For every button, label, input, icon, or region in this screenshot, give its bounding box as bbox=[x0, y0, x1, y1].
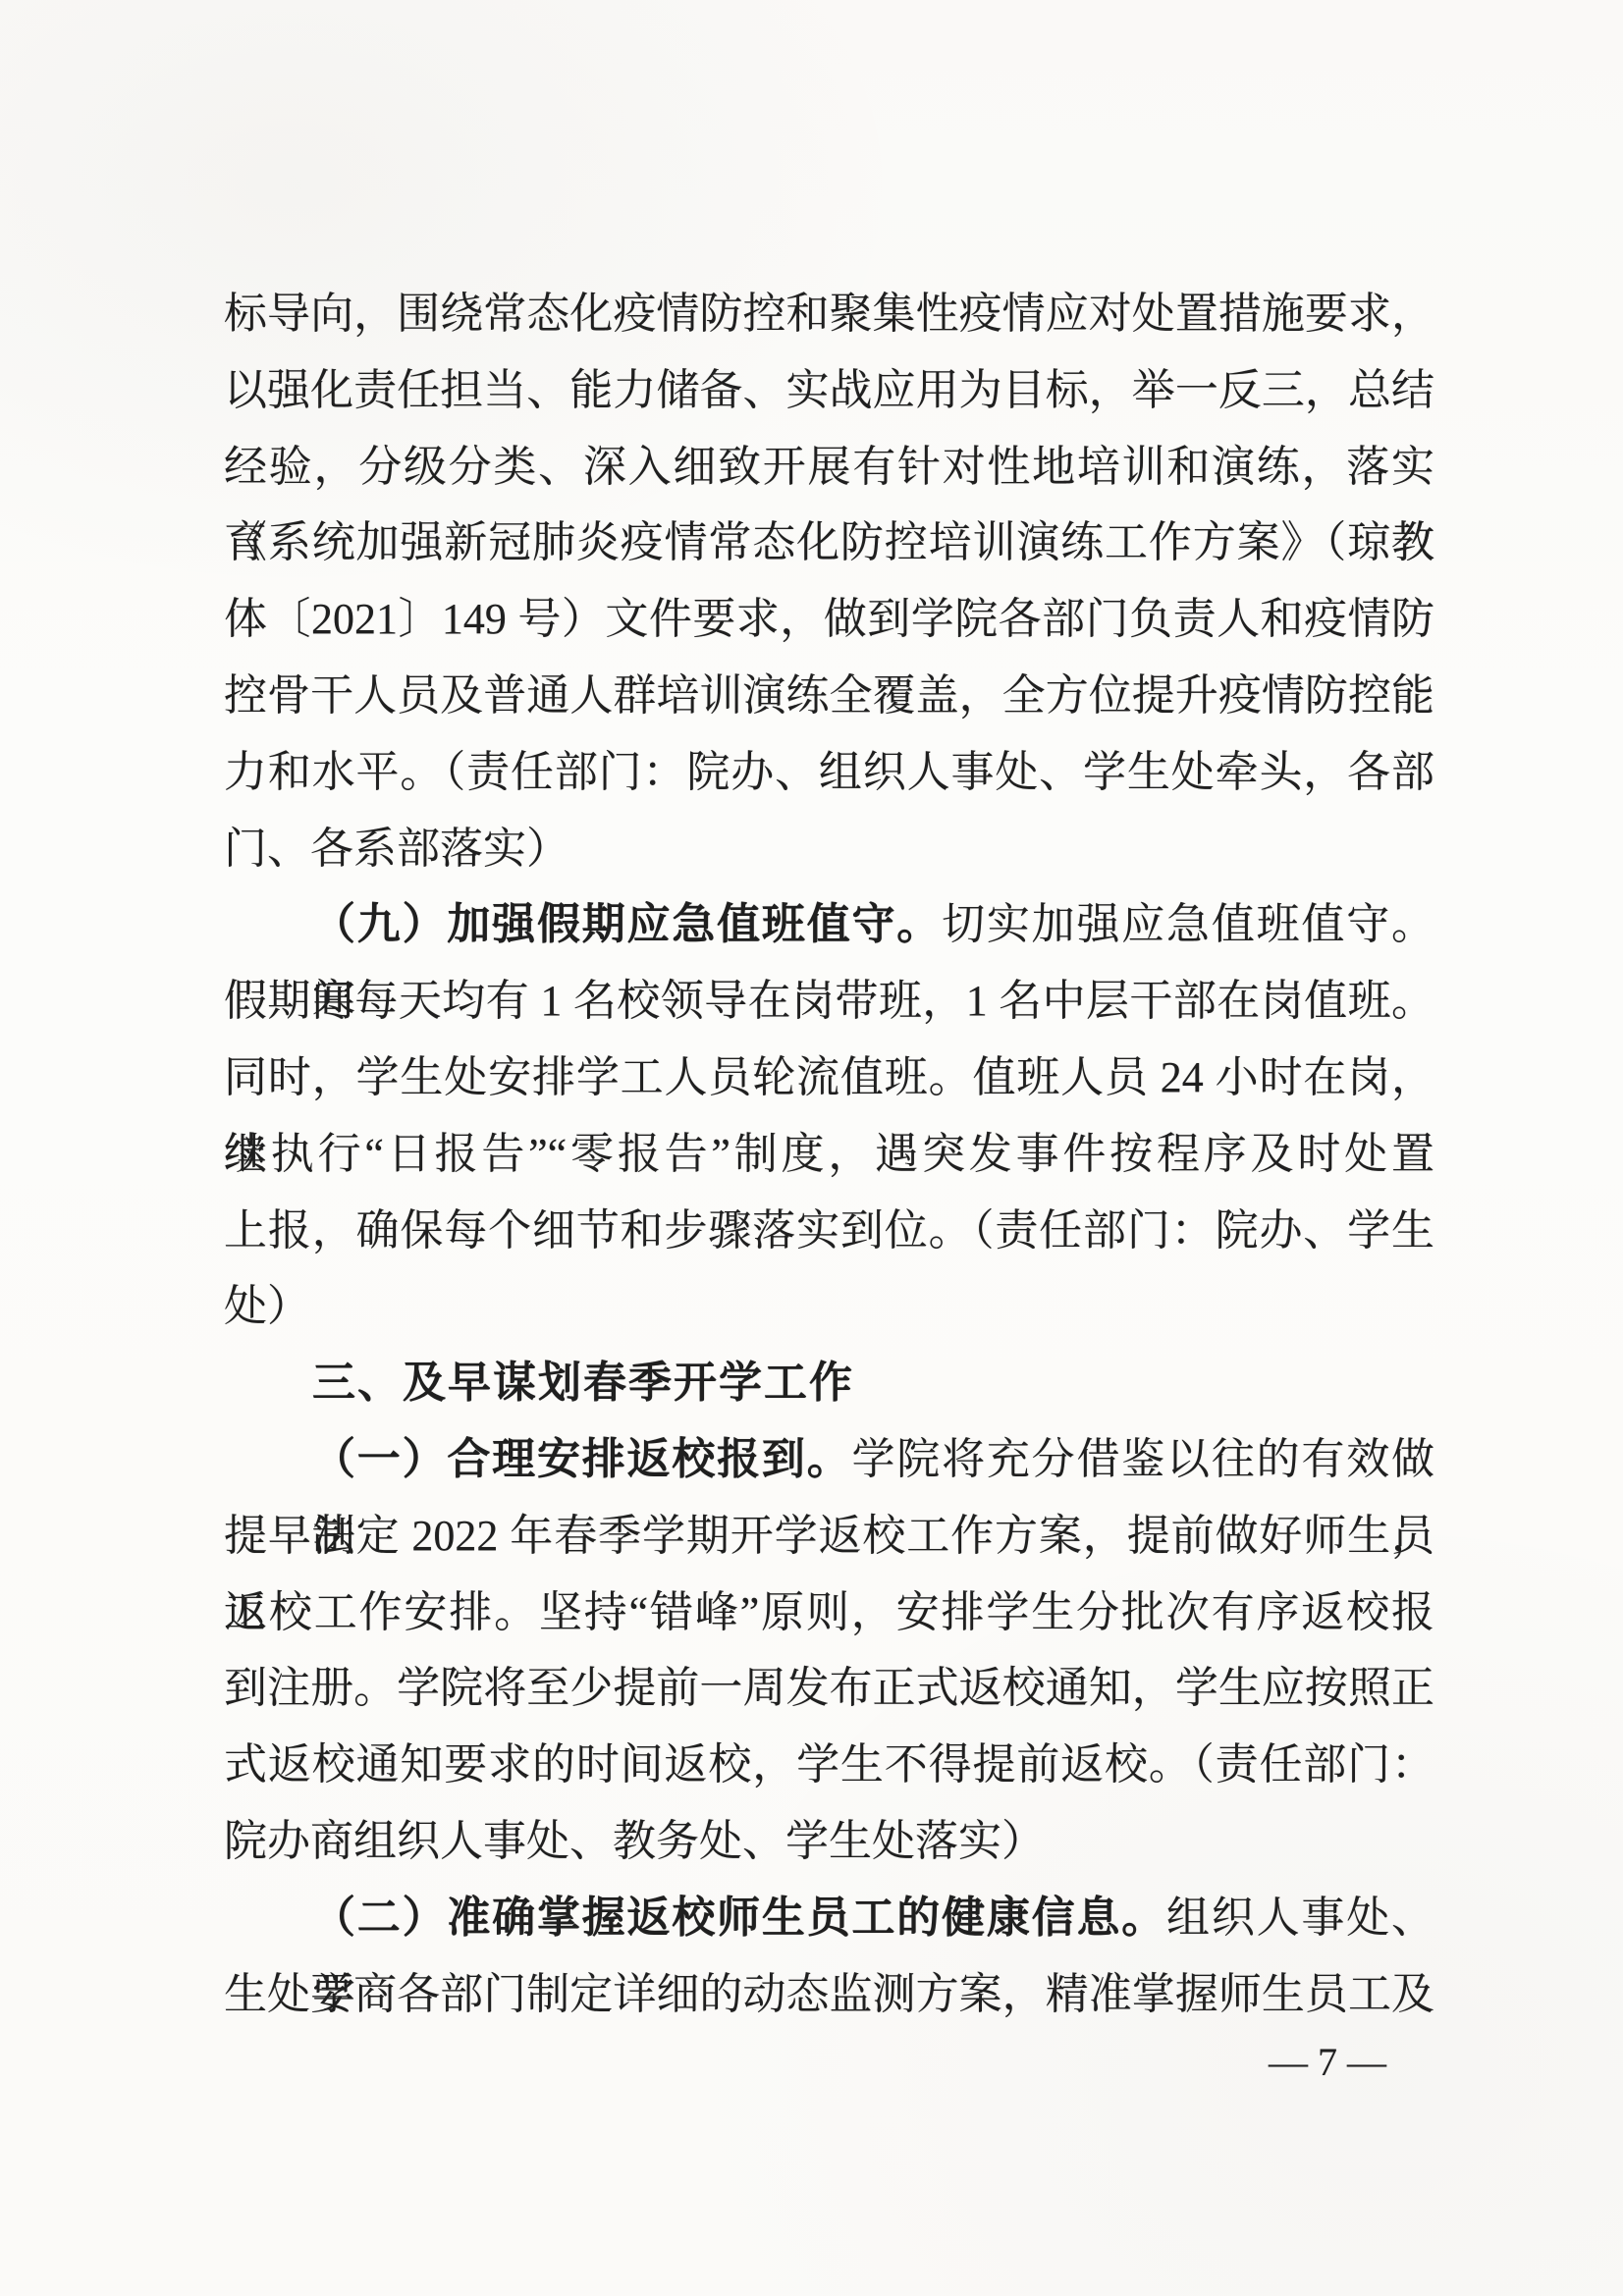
body-text-segment: 标导向，围绕常态化疫情防控和聚集性疫情应对处置措施要求， bbox=[224, 290, 1434, 338]
text-line: 生处要商各部门制定详细的动态监测方案，精准掌握师生员工及 bbox=[224, 1956, 1434, 2033]
text-line: 返校工作安排。坚持“错峰”原则，安排学生分批次有序返校报 bbox=[224, 1575, 1434, 1651]
text-line: 育系统加强新冠肺炎疫情常态化防控培训演练工作方案》（琼教 bbox=[224, 505, 1434, 581]
text-line: 处） bbox=[224, 1268, 1434, 1345]
body-text-segment: 续执行“日报告”“零报告”制度，遇突发事件按程序及时处置 bbox=[224, 1130, 1434, 1178]
body-text-segment: 育系统加强新冠肺炎疫情常态化防控培训演练工作方案》（琼教 bbox=[224, 518, 1434, 566]
body-text-segment: 控骨干人员及普通人群培训演练全覆盖，全方位提升疫情防控能 bbox=[224, 671, 1434, 720]
text-line: 三、及早谋划春季开学工作 bbox=[224, 1345, 1434, 1421]
text-line: 院办商组织人事处、教务处、学生处落实） bbox=[224, 1803, 1434, 1880]
text-line: 上报，确保每个细节和步骤落实到位。（责任部门：院办、学生 bbox=[224, 1193, 1434, 1269]
body-text-segment: 门、各系部落实） bbox=[224, 825, 569, 873]
body-text-segment: 假期间每天均有 1 名校领导在岗带班，1 名中层干部在岗值班。 bbox=[224, 977, 1434, 1025]
text-line: 提早制定 2022 年春季学期开学返校工作方案，提前做好师生员工 bbox=[224, 1498, 1434, 1575]
text-line: 体〔2021〕149 号）文件要求，做到学院各部门负责人和疫情防 bbox=[224, 581, 1434, 658]
text-line: 标导向，围绕常态化疫情防控和聚集性疫情应对处置措施要求， bbox=[224, 276, 1434, 352]
text-line: 经验，分级分类、深入细致开展有针对性地培训和演练，落实《教 bbox=[224, 429, 1434, 506]
body-text-segment: 到注册。学院将至少提前一周发布正式返校通知，学生应按照正 bbox=[224, 1664, 1434, 1712]
text-line: （二）准确掌握返校师生员工的健康信息。组织人事处、学 bbox=[224, 1880, 1434, 1956]
text-line: 控骨干人员及普通人群培训演练全覆盖，全方位提升疫情防控能 bbox=[224, 658, 1434, 734]
body-text-segment: 以强化责任担当、能力储备、实战应用为目标，举一反三，总结 bbox=[224, 366, 1434, 414]
text-line: 以强化责任担当、能力储备、实战应用为目标，举一反三，总结 bbox=[224, 352, 1434, 429]
bold-lead-segment: （二）准确掌握返校师生员工的健康信息。 bbox=[312, 1894, 1166, 1942]
bold-lead-segment: （九）加强假期应急值班值守。 bbox=[312, 900, 942, 948]
text-line: （一）合理安排返校报到。学院将充分借鉴以往的有效做法， bbox=[224, 1421, 1434, 1498]
body-text-segment: 返校工作安排。坚持“错峰”原则，安排学生分批次有序返校报 bbox=[224, 1588, 1434, 1636]
text-line: 到注册。学院将至少提前一周发布正式返校通知，学生应按照正 bbox=[224, 1650, 1434, 1727]
text-line: 力和水平。（责任部门：院办、组织人事处、学生处牵头，各部 bbox=[224, 734, 1434, 811]
bold-lead-segment: 三、及早谋划春季开学工作 bbox=[312, 1359, 854, 1407]
body-text-segment: 力和水平。（责任部门：院办、组织人事处、学生处牵头，各部 bbox=[224, 748, 1434, 796]
body-text-segment: 生处要商各部门制定详细的动态监测方案，精准掌握师生员工及 bbox=[224, 1970, 1434, 2018]
text-line: （九）加强假期应急值班值守。切实加强应急值班值守。寒 bbox=[224, 886, 1434, 963]
body-text-segment: 上报，确保每个细节和步骤落实到位。（责任部门：院办、学生 bbox=[224, 1206, 1434, 1255]
text-line: 门、各系部落实） bbox=[224, 811, 1434, 887]
text-line: 式返校通知要求的时间返校，学生不得提前返校。（责任部门： bbox=[224, 1727, 1434, 1803]
body-text-segment: 体〔2021〕149 号）文件要求，做到学院各部门负责人和疫情防 bbox=[224, 595, 1434, 643]
body-text-segment: 院办商组织人事处、教务处、学生处落实） bbox=[224, 1817, 1045, 1865]
body-text-segment: 式返校通知要求的时间返校，学生不得提前返校。（责任部门： bbox=[224, 1740, 1434, 1789]
text-block: 标导向，围绕常态化疫情防控和聚集性疫情应对处置措施要求，以强化责任担当、能力储备… bbox=[224, 276, 1434, 2032]
bold-lead-segment: （一）合理安排返校报到。 bbox=[312, 1435, 852, 1483]
body-text-segment: 处） bbox=[224, 1282, 310, 1330]
text-line: 假期间每天均有 1 名校领导在岗带班，1 名中层干部在岗值班。 bbox=[224, 963, 1434, 1040]
text-line: 续执行“日报告”“零报告”制度，遇突发事件按程序及时处置 bbox=[224, 1116, 1434, 1193]
text-line: 同时，学生处安排学工人员轮流值班。值班人员 24 小时在岗，继 bbox=[224, 1040, 1434, 1116]
document-page: 标导向，围绕常态化疫情防控和聚集性疫情应对处置措施要求，以强化责任担当、能力储备… bbox=[0, 0, 1623, 2296]
page-number: — 7 — bbox=[1239, 2024, 1416, 2100]
